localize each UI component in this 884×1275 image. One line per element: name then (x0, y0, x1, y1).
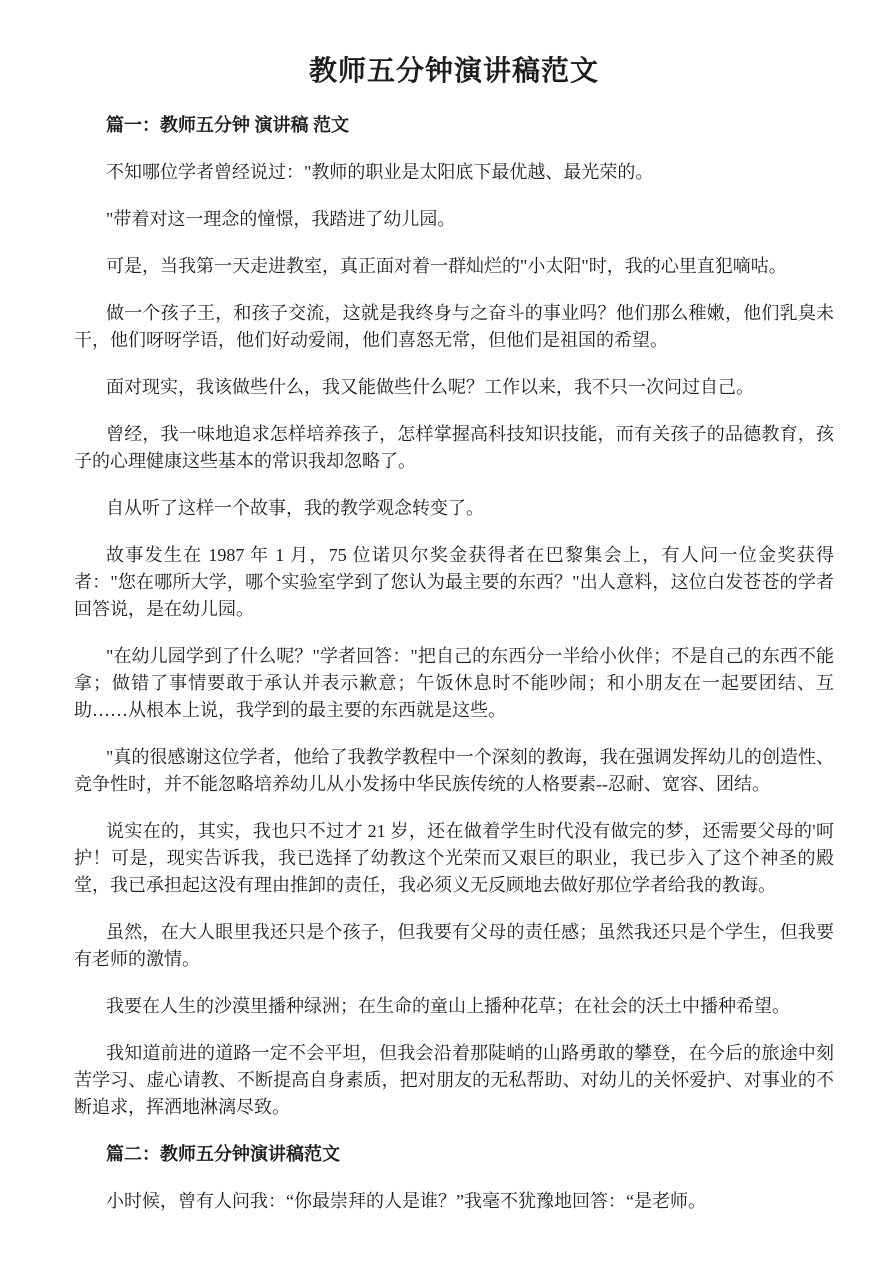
section-2-heading: 篇二：教师五分钟演讲稿范文 (74, 1141, 834, 1168)
paragraph: 虽然，在大人眼里我还只是个孩子，但我要有父母的责任感；虽然我还只是个学生，但我要… (74, 919, 834, 973)
paragraph: 做一个孩子王，和孩子交流，这就是我终身与之奋斗的事业吗？他们那么稚嫩，他们乳臭未… (74, 300, 834, 354)
section-1-heading: 篇一：教师五分钟 演讲稿 范文 (74, 112, 834, 139)
paragraph: 自从听了这样一个故事，我的教学观念转变了。 (74, 495, 834, 522)
paragraph: 我知道前进的道路一定不会平坦，但我会沿着那陡峭的山路勇敢的攀登，在今后的旅途中刻… (74, 1040, 834, 1121)
paragraph: 小时候，曾有人问我：“你最崇拜的人是谁？”我毫不犹豫地回答：“是老师。 (74, 1188, 834, 1215)
paragraph: 说实在的，其实，我也只不过才 21 岁，还在做着学生时代没有做完的梦，还需要父母… (74, 818, 834, 899)
paragraph: "带着对这一理念的憧憬，我踏进了幼儿园。 (74, 206, 834, 233)
paragraph: "在幼儿园学到了什么呢？"学者回答："把自己的东西分一半给小伙伴；不是自己的东西… (74, 643, 834, 724)
paragraph: 故事发生在 1987 年 1 月，75 位诺贝尔奖金获得者在巴黎集会上，有人问一… (74, 542, 834, 623)
document-page: 教师五分钟演讲稿范文 篇一：教师五分钟 演讲稿 范文 不知哪位学者曾经说过："教… (0, 0, 884, 1275)
paragraph: 面对现实，我该做些什么，我又能做些什么呢？工作以来，我不只一次问过自己。 (74, 374, 834, 401)
document-title: 教师五分钟演讲稿范文 (74, 54, 834, 90)
paragraph: 不知哪位学者曾经说过："教师的职业是太阳底下最优越、最光荣的。 (74, 159, 834, 186)
paragraph: 曾经，我一味地追求怎样培养孩子，怎样掌握高科技知识技能，而有关孩子的品德教育，孩… (74, 421, 834, 475)
paragraph: 我要在人生的沙漠里播种绿洲；在生命的童山上播种花草；在社会的沃土中播种希望。 (74, 993, 834, 1020)
paragraph: "真的很感谢这位学者，他给了我教学教程中一个深刻的教诲，我在强调发挥幼儿的创造性… (74, 744, 834, 798)
paragraph: 可是，当我第一天走进教室，真正面对着一群灿烂的"小太阳"时，我的心里直犯嘀咕。 (74, 253, 834, 280)
